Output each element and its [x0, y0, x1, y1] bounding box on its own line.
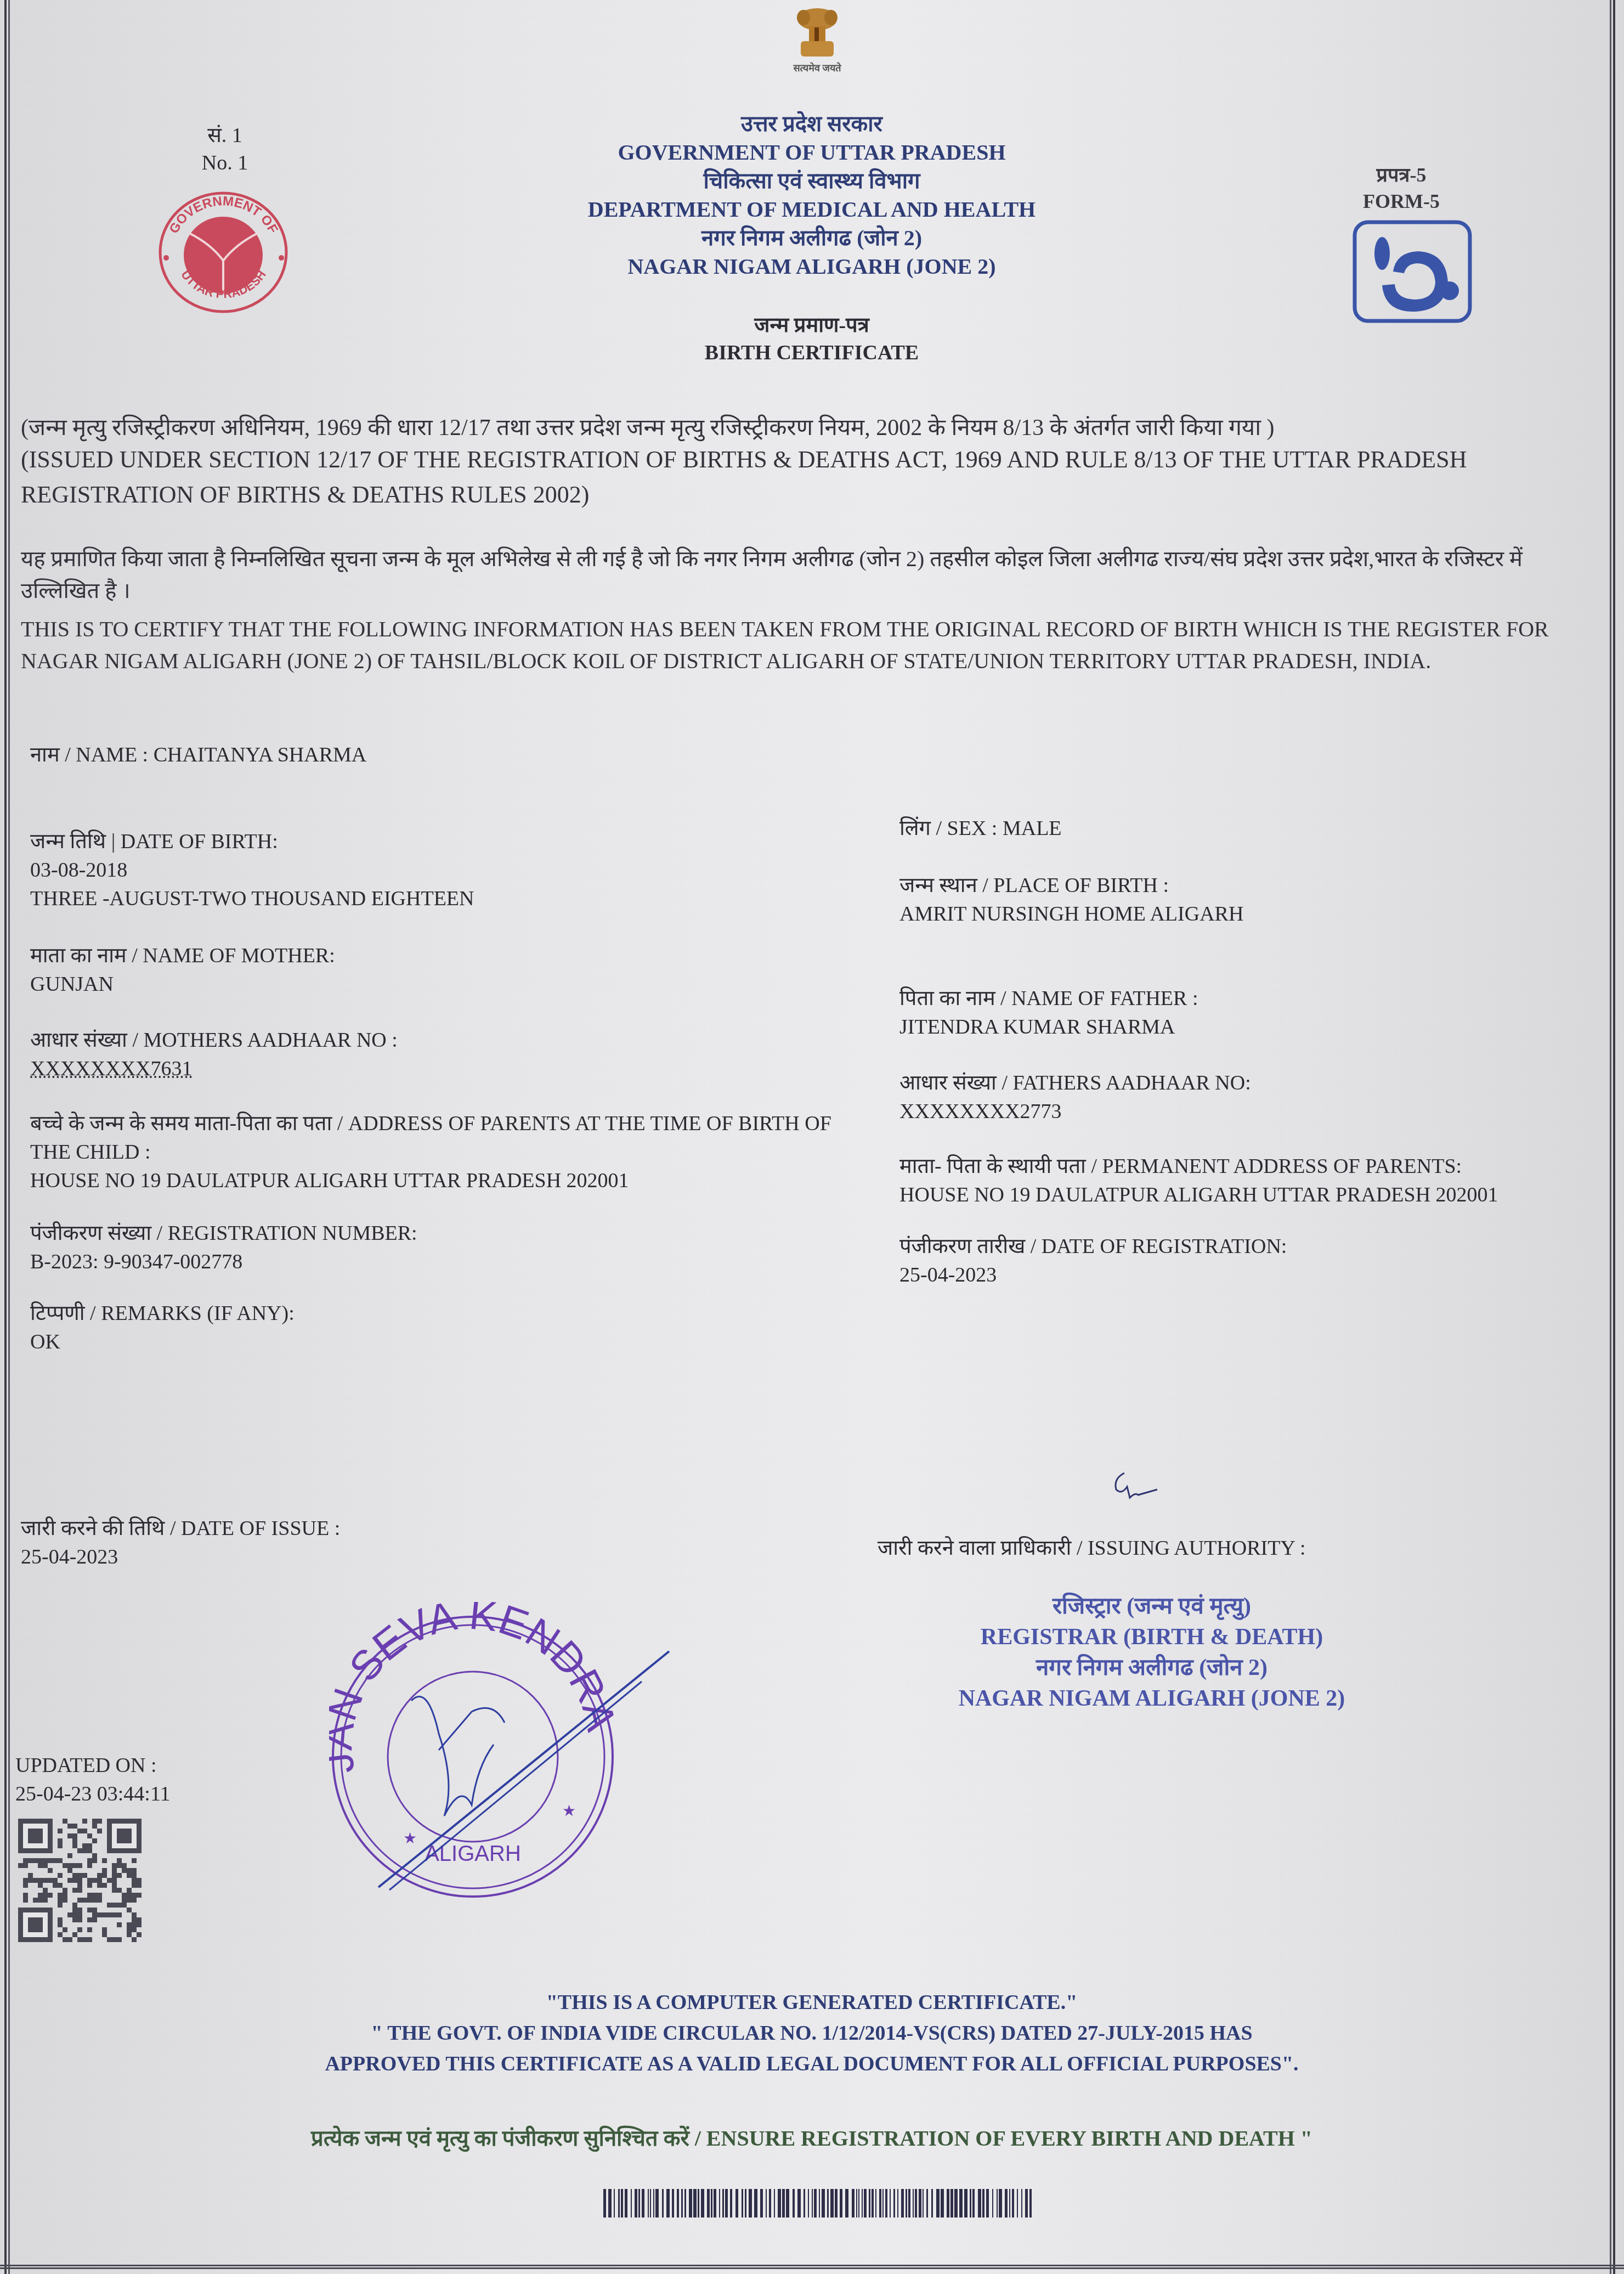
issued-under-hindi: (जन्म मृत्यु रजिस्ट्रीकरण अधिनियम, 1969 …: [21, 410, 1606, 445]
form-number: प्रपत्र-5 FORM-5: [1333, 162, 1470, 215]
svg-text:★: ★: [562, 1803, 576, 1820]
name-label: नाम / NAME :: [30, 743, 154, 766]
qr-code: [18, 1819, 142, 1942]
permanent-address-label: माता- पिता के स्थायी पता / PERMANENT ADD…: [899, 1152, 1602, 1181]
issued-under-english: (ISSUED UNDER SECTION 12/17 OF THE REGIS…: [21, 442, 1606, 512]
updated-on-label: UPDATED ON :: [15, 1751, 235, 1780]
field-address-at-birth: बच्चे के जन्म के समय माता-पिता का पता / …: [30, 1109, 864, 1195]
dob-words: THREE -AUGUST-TWO THOUSAND EIGHTEEN: [30, 884, 869, 913]
field-date-of-issue: जारी करने की तिथि / DATE OF ISSUE : 25-0…: [21, 1514, 514, 1571]
body-title-english: NAGAR NIGAM ALIGARH (JONE 2): [494, 252, 1130, 281]
mother-name-label: माता का नाम / NAME OF MOTHER:: [30, 941, 869, 970]
permanent-address-value: HOUSE NO 19 DAULATPUR ALIGARH UTTAR PRAD…: [899, 1181, 1602, 1209]
father-name-value: JITENDRA KUMAR SHARMA: [899, 1013, 1602, 1041]
registrar-office-hindi: नगर निगम अलीगढ (जोन 2): [850, 1652, 1453, 1683]
right-border: [1610, 0, 1615, 2274]
field-registration-date: पंजीकरण तारीख / DATE OF REGISTRATION: 25…: [899, 1232, 1602, 1289]
father-aadhaar-value: XXXXXXXX2773: [899, 1097, 1602, 1126]
field-mother-name: माता का नाम / NAME OF MOTHER: GUNJAN: [30, 941, 869, 998]
registrar-office-english: NAGAR NIGAM ALIGARH (JONE 2): [850, 1683, 1453, 1714]
issue-date-label: जारी करने की तिथि / DATE OF ISSUE :: [21, 1514, 514, 1543]
left-border: [4, 0, 10, 2274]
body-title-hindi: नगर निगम अलीगढ (जोन 2): [494, 224, 1130, 252]
dob-value: 03-08-2018: [30, 856, 869, 884]
field-registration-number: पंजीकरण संख्या / REGISTRATION NUMBER: B-…: [30, 1219, 869, 1276]
field-permanent-address: माता- पिता के स्थायी पता / PERMANENT ADD…: [899, 1152, 1602, 1209]
mother-name-value: GUNJAN: [30, 970, 869, 998]
name-value: CHAITANYA SHARMA: [154, 743, 367, 766]
gov-title-hindi: उत्तर प्रदेश सरकार: [494, 110, 1130, 138]
dob-label: जन्म तिथि | DATE OF BIRTH:: [30, 827, 869, 856]
form-hindi: प्रपत्र-5: [1333, 162, 1470, 188]
field-sex: लिंग / SEX : MALE: [899, 814, 1602, 843]
remarks-value: OK: [30, 1328, 869, 1356]
registration-number-value: B-2023: 9-90347-002778: [30, 1248, 869, 1276]
mother-aadhaar-label: आधार संख्या / MOTHERS AADHAAR NO :: [30, 1026, 869, 1054]
issuing-authority-label: जारी करने वाला प्राधिकारी / ISSUING AUTH…: [878, 1534, 1481, 1562]
certify-english: THIS IS TO CERTIFY THAT THE FOLLOWING IN…: [21, 613, 1606, 677]
sex-label: लिंग / SEX :: [899, 817, 1003, 840]
number-english: No. 1: [165, 149, 285, 177]
field-mother-aadhaar: आधार संख्या / MOTHERS AADHAAR NO : XXXXX…: [30, 1026, 869, 1083]
field-updated-on: UPDATED ON : 25-04-23 03:44:11: [15, 1751, 235, 1808]
circular-line-2: APPROVED THIS CERTIFICATE AS A VALID LEG…: [165, 2049, 1459, 2079]
field-father-aadhaar: आधार संख्या / FATHERS AADHAAR NO: XXXXXX…: [899, 1069, 1602, 1126]
address-at-birth-value: HOUSE NO 19 DAULATPUR ALIGARH UTTAR PRAD…: [30, 1166, 864, 1195]
gov-title-english: GOVERNMENT OF UTTAR PRADESH: [494, 138, 1130, 167]
svg-text:★: ★: [403, 1830, 417, 1847]
jan-seva-kendra-stamp-icon: JAN SEVA KENDRA ALIGARH ★ ★: [329, 1602, 680, 1909]
dept-title-hindi: चिकित्सा एवं स्वास्थ्य विभाग: [494, 167, 1130, 195]
remarks-label: टिप्पणी / REMARKS (IF ANY):: [30, 1299, 869, 1328]
emblem-motto: सत्यमेव जयते: [765, 61, 869, 75]
place-of-birth-value: AMRIT NURSINGH HOME ALIGARH: [899, 900, 1602, 928]
circular-line-1: " THE GOVT. OF INDIA VIDE CIRCULAR NO. 1…: [165, 2018, 1459, 2049]
barcode: [603, 2189, 1034, 2217]
field-father-name: पिता का नाम / NAME OF FATHER : JITENDRA …: [899, 984, 1602, 1041]
registration-date-label: पंजीकरण तारीख / DATE OF REGISTRATION:: [899, 1232, 1602, 1261]
form-english: FORM-5: [1333, 188, 1470, 215]
svg-text:JAN SEVA KENDRA: JAN SEVA KENDRA: [329, 1602, 625, 1776]
up-government-seal-icon: GOVERNMENT OF UTTAR PRADESH: [156, 189, 291, 315]
place-of-birth-label: जन्म स्थान / PLACE OF BIRTH :: [899, 871, 1602, 900]
certify-hindi: यह प्रमाणित किया जाता है निम्नलिखित सूचन…: [21, 543, 1606, 607]
crs-logo-icon: [1352, 219, 1473, 324]
certificate-number: सं. 1 No. 1: [165, 122, 285, 177]
mother-aadhaar-value: XXXXXXXX7631: [30, 1054, 869, 1083]
national-emblem-icon: [793, 5, 842, 60]
field-place-of-birth: जन्म स्थान / PLACE OF BIRTH : AMRIT NURS…: [899, 871, 1602, 928]
address-at-birth-label: बच्चे के जन्म के समय माता-पिता का पता / …: [30, 1109, 864, 1166]
cert-title-english: BIRTH CERTIFICATE: [548, 339, 1075, 366]
field-name: नाम / NAME : CHAITANYA SHARMA: [30, 741, 869, 769]
field-remarks: टिप्पणी / REMARKS (IF ANY): OK: [30, 1299, 869, 1356]
field-date-of-birth: जन्म तिथि | DATE OF BIRTH: 03-08-2018 TH…: [30, 827, 869, 913]
number-hindi: सं. 1: [165, 122, 285, 149]
ensure-registration-slogan: प्रत्येक जन्म एवं मृत्यु का पंजीकरण सुनि…: [165, 2122, 1459, 2152]
updated-on-value: 25-04-23 03:44:11: [15, 1780, 235, 1808]
registrar-block: रजिस्ट्रार (जन्म एवं मृत्यु) REGISTRAR (…: [850, 1591, 1453, 1714]
registration-number-label: पंजीकरण संख्या / REGISTRATION NUMBER:: [30, 1219, 869, 1248]
registrar-signature-icon: [1102, 1465, 1163, 1509]
father-name-label: पिता का नाम / NAME OF FATHER :: [899, 984, 1602, 1013]
issue-date-value: 25-04-2023: [21, 1543, 514, 1571]
registration-date-value: 25-04-2023: [899, 1261, 1602, 1289]
dept-title-english: DEPARTMENT OF MEDICAL AND HEALTH: [494, 195, 1130, 224]
sex-value: MALE: [1003, 817, 1062, 840]
cert-title-hindi: जन्म प्रमाण-पत्र: [548, 312, 1075, 339]
bottom-border: [0, 2265, 1624, 2269]
father-aadhaar-label: आधार संख्या / FATHERS AADHAAR NO:: [899, 1069, 1602, 1097]
computer-generated-notice: "THIS IS A COMPUTER GENERATED CERTIFICAT…: [165, 1987, 1459, 2018]
registrar-title-hindi: रजिस्ट्रार (जन्म एवं मृत्यु): [850, 1591, 1453, 1622]
svg-text:ALIGARH: ALIGARH: [425, 1842, 521, 1866]
registrar-title-english: REGISTRAR (BIRTH & DEATH): [850, 1622, 1453, 1652]
